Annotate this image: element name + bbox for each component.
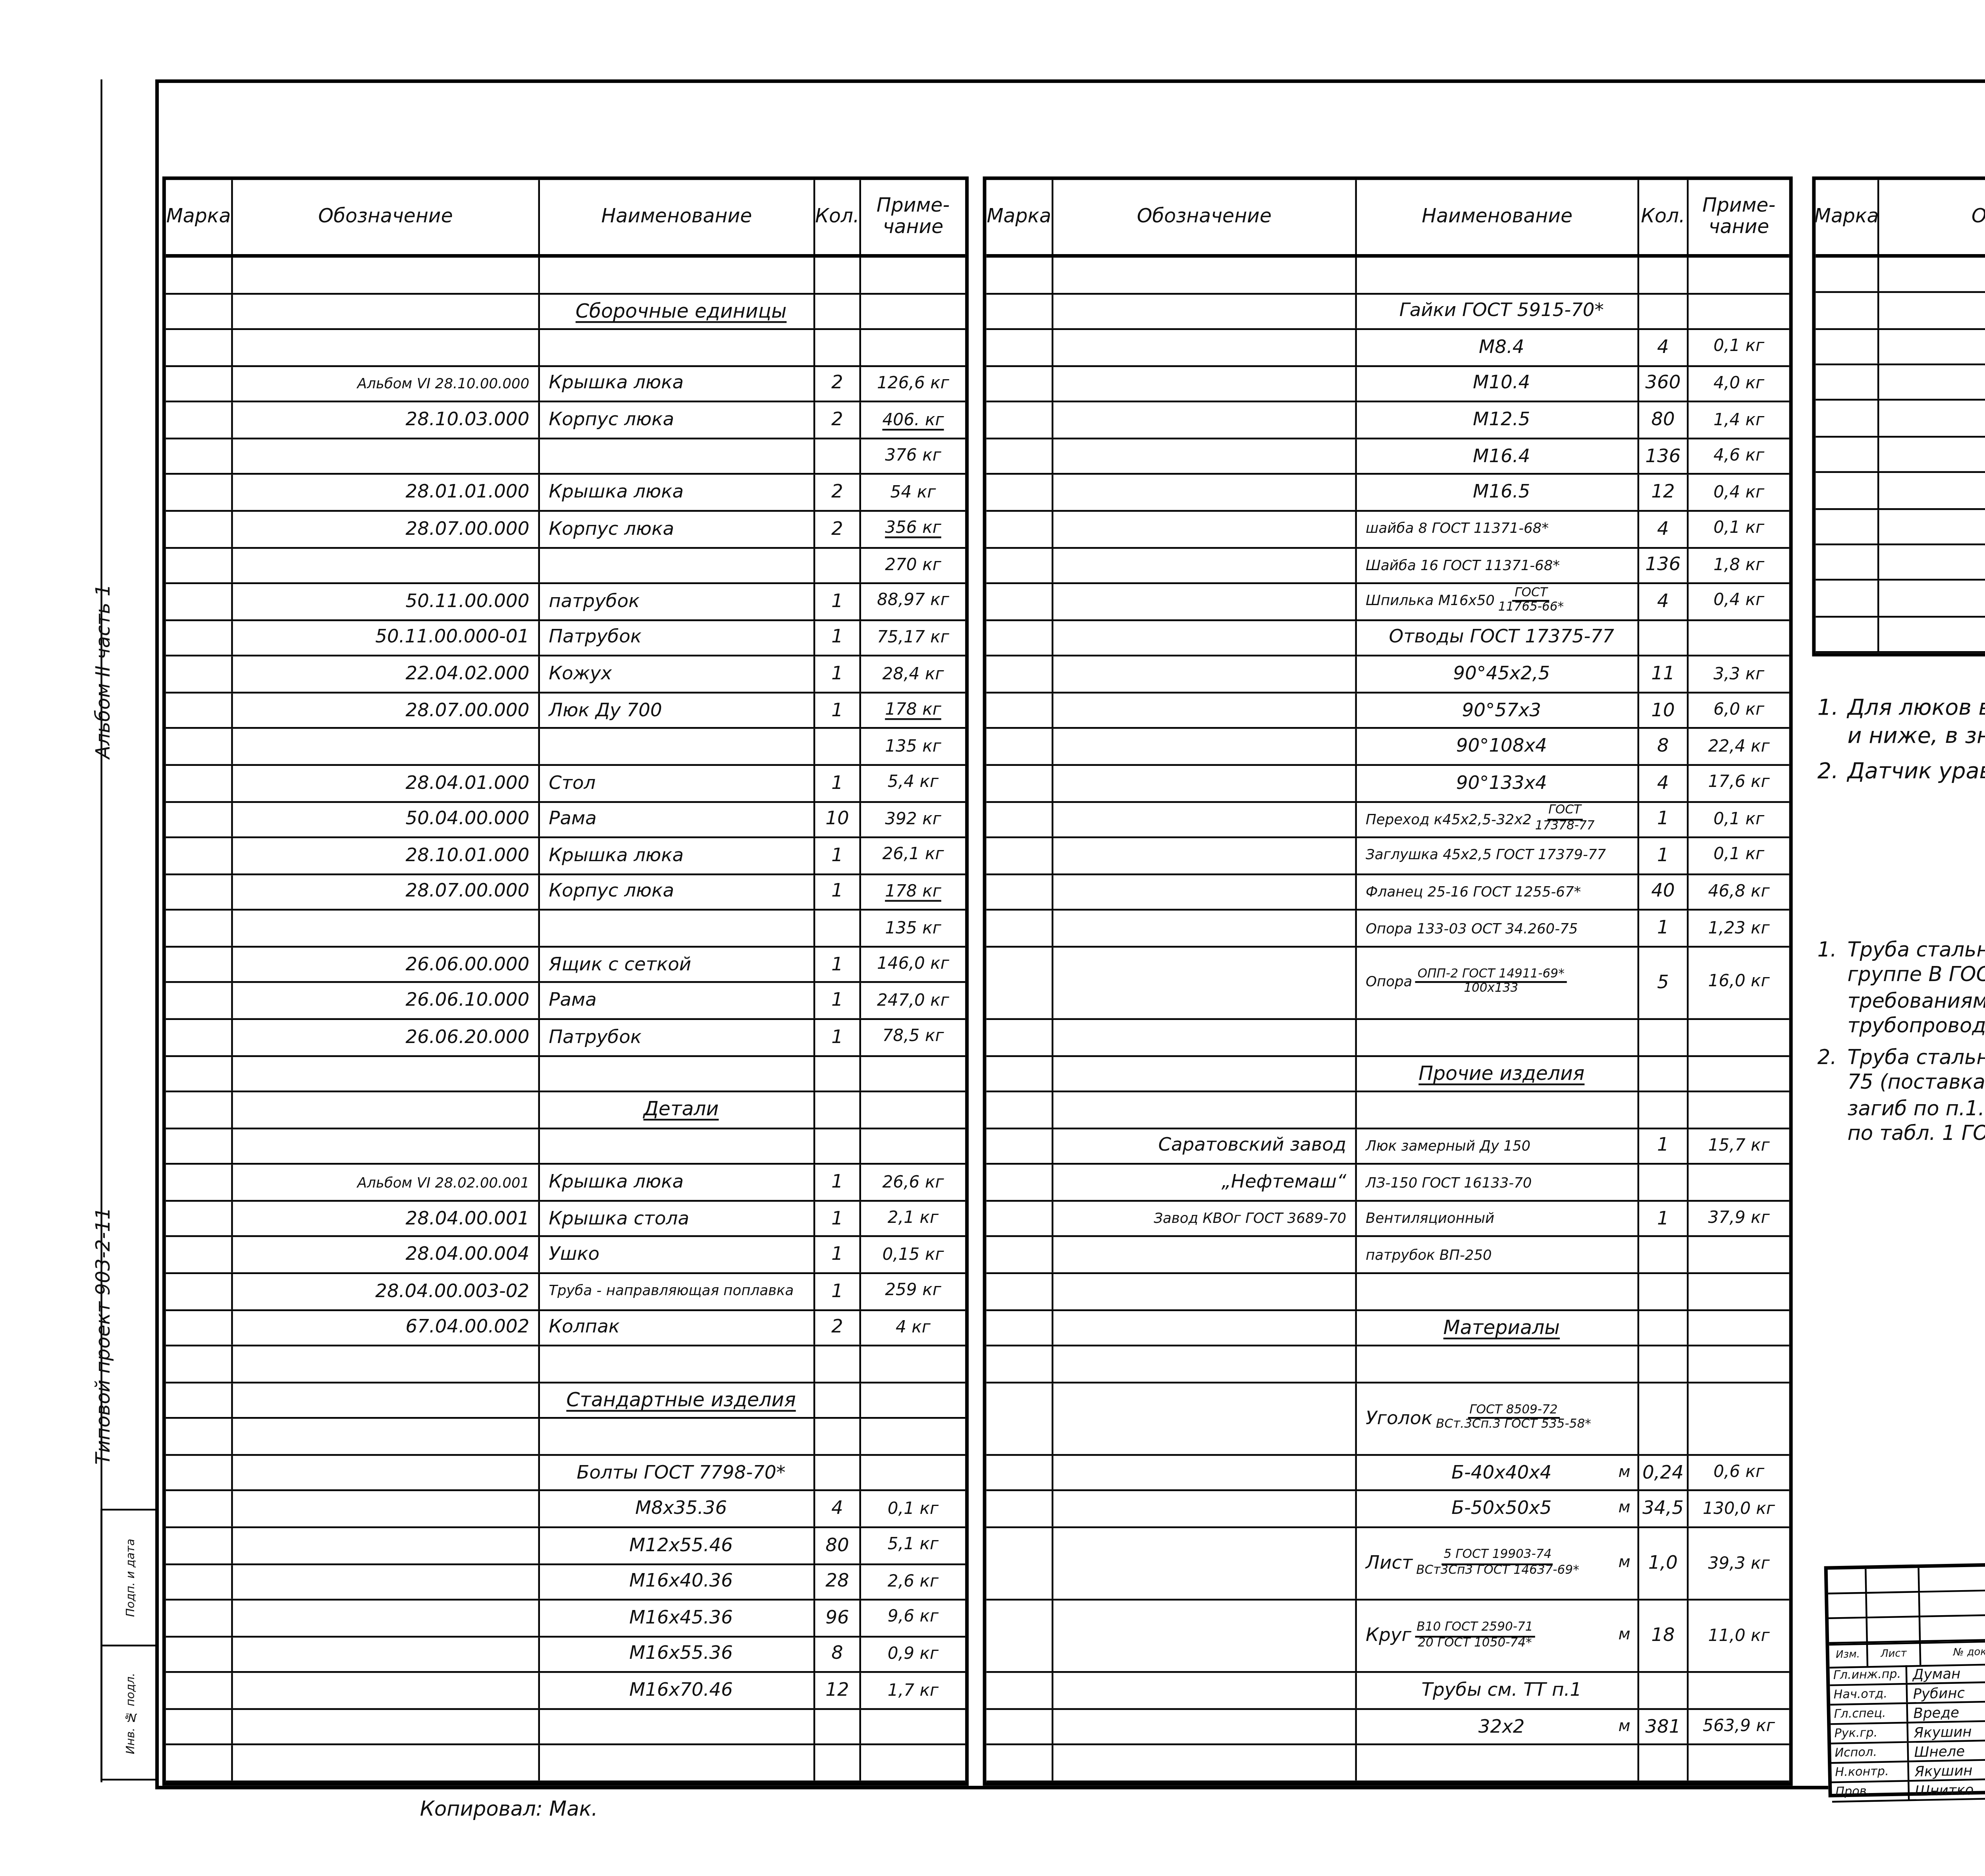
cell-kol: 96 bbox=[815, 1601, 861, 1635]
weight-value: 178 кг bbox=[885, 882, 941, 902]
cell-marka bbox=[166, 294, 233, 328]
cell-primechanie: 270 кг bbox=[861, 548, 965, 582]
cell-marka bbox=[986, 1528, 1053, 1599]
cell-primechanie bbox=[1688, 1238, 1789, 1272]
weight-value: 54 кг bbox=[890, 483, 936, 502]
cell-oboznachenie bbox=[1053, 621, 1357, 655]
cell-marka bbox=[986, 766, 1053, 800]
table-row: М10.43604,0 кг bbox=[986, 366, 1789, 403]
cell-primechanie: 0,1 кг bbox=[1688, 839, 1789, 873]
unit-label: м bbox=[1619, 1627, 1630, 1645]
item-name: 32х2 bbox=[1478, 1716, 1525, 1737]
unit-label: м bbox=[1619, 1464, 1630, 1481]
item-name: Ящик с сеткой bbox=[549, 954, 691, 975]
cell-kol bbox=[815, 1710, 861, 1744]
cell-kol: 1 bbox=[815, 983, 861, 1018]
cell-kol: 1 bbox=[815, 766, 861, 800]
column-header-kol: Кол. bbox=[1639, 180, 1688, 254]
item-name: Крышка люка bbox=[549, 845, 684, 866]
weight-value: 2,6 кг bbox=[888, 1572, 939, 1591]
item-name: Люк Ду 700 bbox=[549, 700, 662, 721]
table-header: МаркаОбозначениеНаименованиеКол.Приме-ча… bbox=[1815, 180, 1985, 258]
cell-naimenovanie: Крышка люка bbox=[540, 475, 815, 510]
cell-naimenovanie bbox=[540, 548, 815, 582]
cell-naimenovanie: Корпус люка bbox=[540, 403, 815, 438]
cell-primechanie bbox=[1688, 1674, 1789, 1708]
table-body: Сборочные единицыАльбом VI 28.10.00.000К… bbox=[166, 258, 965, 1782]
cell-kol: 4 bbox=[815, 1492, 861, 1526]
cell-primechanie bbox=[1688, 1383, 1789, 1454]
person-role: Рук.гр. bbox=[1831, 1724, 1908, 1743]
table-row: 26.06.10.000Рама1247,0 кг bbox=[166, 983, 965, 1020]
cell-marka bbox=[1815, 293, 1879, 328]
revision-cell bbox=[1920, 1591, 1985, 1618]
column-header-oboznachenie: Обозначение bbox=[1879, 180, 1985, 254]
weight-value: 1,4 кг bbox=[1713, 411, 1764, 430]
table-header: МаркаОбозначениеНаименованиеКол.Приме-ча… bbox=[166, 180, 965, 258]
table-body: Гайки ГОСТ 5915-70*М8.440,1 кгМ10.43604,… bbox=[986, 258, 1789, 1782]
item-name: Рама bbox=[549, 809, 597, 830]
cell-kol bbox=[1639, 1347, 1688, 1381]
cell-oboznachenie bbox=[233, 729, 540, 764]
table-row: 28.07.00.000Корпус люка1178 кг bbox=[166, 875, 965, 911]
person-name: Якушин bbox=[1909, 1760, 1985, 1780]
cell-naimenovanie: патрубок bbox=[540, 584, 815, 619]
table-row bbox=[166, 258, 965, 294]
cell-primechanie: 0,1 кг bbox=[1688, 512, 1789, 546]
cell-naimenovanie: Крышка стола bbox=[540, 1201, 815, 1236]
cell-kol: 80 bbox=[815, 1528, 861, 1563]
item-name: Патрубок bbox=[549, 1027, 642, 1048]
table-row: М16х40.36282,6 кг bbox=[166, 1564, 965, 1600]
cell-kol: 136 bbox=[1639, 439, 1688, 474]
cell-marka bbox=[166, 548, 233, 582]
cell-kol: 1 bbox=[815, 1238, 861, 1272]
table-row: Завод КВОг ГОСТ 3689-70Вентиляционный137… bbox=[986, 1201, 1789, 1238]
cell-marka bbox=[986, 1492, 1053, 1526]
cell-marka bbox=[986, 621, 1053, 655]
table-row: ГОСТ 1779-72м bbox=[1815, 473, 1985, 509]
cell-marka bbox=[166, 475, 233, 510]
person-role: Н.контр. bbox=[1831, 1762, 1909, 1782]
subsection-title: Гайки ГОСТ 5915-70* bbox=[1366, 301, 1637, 322]
cell-kol: 1 bbox=[1639, 1129, 1688, 1163]
cell-kol: 5 bbox=[1639, 947, 1688, 1018]
section-title: Стандартные изделия bbox=[549, 1389, 813, 1412]
cell-oboznachenie: 26.06.20.000 bbox=[233, 1020, 540, 1055]
item-name: Крышка люка bbox=[549, 373, 684, 394]
cell-oboznachenie bbox=[1053, 693, 1357, 728]
cell-oboznachenie: 26.06.10.000 bbox=[233, 983, 540, 1018]
cell-kol bbox=[1639, 258, 1688, 292]
cell-oboznachenie: Альбом VI 28.02.00.001 bbox=[233, 1165, 540, 1200]
cell-oboznachenie bbox=[233, 294, 540, 328]
cell-kol: 136 bbox=[1639, 548, 1688, 582]
spec-table-right: МаркаОбозначениеНаименованиеКол.Приме-ча… bbox=[1812, 176, 1985, 656]
weight-value: 6,0 кг bbox=[1713, 701, 1764, 720]
cell-kol bbox=[1639, 621, 1688, 655]
cell-primechanie: 78,5 кг bbox=[861, 1020, 965, 1055]
section-title: Детали bbox=[549, 1098, 813, 1121]
cell-naimenovanie: М16.5 bbox=[1357, 475, 1639, 510]
person-role: Испол. bbox=[1831, 1743, 1909, 1762]
cell-oboznachenie bbox=[1053, 294, 1357, 328]
cell-oboznachenie bbox=[1053, 1093, 1357, 1127]
cell-naimenovanie: Б-40х40х4м bbox=[1357, 1456, 1639, 1490]
table-row: М12х55.46805,1 кг bbox=[166, 1528, 965, 1564]
cell-oboznachenie bbox=[1053, 1528, 1357, 1599]
person-role: Пров. bbox=[1832, 1782, 1910, 1801]
cell-marka bbox=[1815, 617, 1879, 651]
cell-marka bbox=[166, 729, 233, 764]
item-name: Шпилька М16х50 bbox=[1366, 594, 1495, 609]
cell-naimenovanie: Рама bbox=[540, 983, 815, 1018]
cell-oboznachenie bbox=[233, 1710, 540, 1744]
cell-oboznachenie: 28.07.00.000 bbox=[233, 875, 540, 909]
weight-value: 3,3 кг bbox=[1713, 665, 1764, 684]
cell-oboznachenie bbox=[233, 1746, 540, 1780]
item-name: ЛЗ-150 ГОСТ 16133-70 bbox=[1366, 1174, 1532, 1190]
revision-cell bbox=[1828, 1594, 1867, 1619]
cell-marka bbox=[986, 1093, 1053, 1127]
cell-naimenovanie: КругВ10 ГОСТ 2590-7120 ГОСТ 1050-74*м bbox=[1357, 1601, 1639, 1672]
revision-cell bbox=[1866, 1568, 1920, 1594]
cell-kol: 1 bbox=[815, 1201, 861, 1236]
section-title: Материалы bbox=[1366, 1316, 1637, 1339]
table-row: М16х45.36969,6 кг bbox=[166, 1601, 965, 1637]
cell-primechanie: 4,6 кг bbox=[1688, 439, 1789, 474]
cell-marka bbox=[166, 802, 233, 837]
cell-oboznachenie bbox=[1879, 437, 1985, 471]
cell-naimenovanie: ОпораОПП-2 ГОСТ 14911-69*100х133 bbox=[1357, 947, 1639, 1018]
scan-scale-wrapper: 15 МаркаОбозначениеНаименованиеКол.Приме… bbox=[0, 0, 1985, 1876]
weight-value: 9,6 кг bbox=[888, 1608, 939, 1628]
cell-primechanie: 2,1 кг bbox=[861, 1201, 965, 1236]
table-row: 90°57х3106,0 кг bbox=[986, 693, 1789, 729]
cell-oboznachenie bbox=[1053, 330, 1357, 365]
cell-naimenovanie: М16.4 bbox=[1357, 439, 1639, 474]
cell-naimenovanie bbox=[540, 439, 815, 474]
table-row bbox=[166, 1129, 965, 1165]
cell-kol: 4 bbox=[1639, 512, 1688, 546]
cell-primechanie: 392 кг bbox=[861, 802, 965, 837]
cell-naimenovanie: Шайба 16 ГОСТ 11371-68* bbox=[1357, 548, 1639, 582]
table-row bbox=[986, 1093, 1789, 1129]
cell-marka bbox=[986, 548, 1053, 582]
table-row: 26.06.00.000Ящик с сеткой1146,0 кг bbox=[166, 947, 965, 983]
cell-kol bbox=[1639, 1274, 1688, 1309]
cell-primechanie: 26,1 кг bbox=[861, 839, 965, 873]
cell-marka bbox=[986, 1274, 1053, 1309]
weight-value: 0,4 кг bbox=[1713, 592, 1764, 611]
cell-naimenovanie: 90°133х4 bbox=[1357, 766, 1639, 800]
cell-oboznachenie bbox=[233, 1564, 540, 1599]
cell-kol: 1 bbox=[815, 875, 861, 909]
cell-kol: 10 bbox=[815, 802, 861, 837]
cell-marka bbox=[166, 1165, 233, 1200]
table-row: Сборочные единицы bbox=[166, 294, 965, 330]
cell-marka bbox=[986, 512, 1053, 546]
cell-marka bbox=[986, 294, 1053, 328]
cell-marka bbox=[1815, 437, 1879, 471]
weight-value: 26,1 кг bbox=[882, 846, 944, 866]
cell-oboznachenie: 67.04.00.002 bbox=[233, 1310, 540, 1345]
cell-kol: 11 bbox=[1639, 657, 1688, 692]
cell-naimenovanie bbox=[1357, 1093, 1639, 1127]
weight-value: 0,9 кг bbox=[888, 1645, 939, 1664]
cell-oboznachenie bbox=[1879, 581, 1985, 615]
cell-primechanie: 37,9 кг bbox=[1688, 1201, 1789, 1236]
person-role: Нач.отд. bbox=[1830, 1685, 1908, 1704]
weight-value: 406. кг bbox=[882, 411, 944, 430]
cell-kol: 1 bbox=[1639, 802, 1688, 837]
weight-value: 356 кг bbox=[885, 519, 941, 539]
cell-marka bbox=[166, 1746, 233, 1780]
cell-marka bbox=[166, 439, 233, 474]
item-name: Корпус люка bbox=[549, 881, 674, 902]
subsection-title: Трубы см. ТТ п.1 bbox=[1366, 1680, 1637, 1701]
table-row: шайба 8 ГОСТ 11371-68*40,1 кг bbox=[986, 512, 1789, 548]
cell-oboznachenie: Саратовский завод bbox=[1053, 1129, 1357, 1163]
item-name: Лист bbox=[1366, 1553, 1413, 1574]
weight-value: 126,6 кг bbox=[877, 374, 949, 393]
item-name: патрубок ВП-250 bbox=[1366, 1247, 1492, 1263]
cell-marka bbox=[986, 1601, 1053, 1672]
cell-naimenovanie: М16х40.36 bbox=[540, 1564, 815, 1599]
cell-marka bbox=[166, 621, 233, 655]
cell-oboznachenie bbox=[1053, 1601, 1357, 1672]
gost-fraction: 5 ГОСТ 19903-74ВСт3Сп3 ГОСТ 14637-69* bbox=[1416, 1549, 1579, 1578]
cell-marka bbox=[166, 512, 233, 546]
table-row bbox=[166, 1710, 965, 1746]
item-name: Опора 133-03 ОСТ 34.260-75 bbox=[1366, 920, 1578, 936]
item-name: М16х70.46 bbox=[629, 1680, 733, 1701]
cell-kol bbox=[815, 1129, 861, 1163]
cell-marka bbox=[986, 729, 1053, 764]
item-number: 1. bbox=[1817, 694, 1848, 750]
title-block-signatures: Изм.Лист№ докум.Подп.Дата Гл.инж.пр.Дума… bbox=[1828, 1564, 1985, 1794]
item-name: М8.4 bbox=[1479, 337, 1524, 358]
cell-naimenovanie: М16х70.46 bbox=[540, 1674, 815, 1708]
side-album-label: Альбом II часть 1 bbox=[92, 318, 123, 759]
cell-naimenovanie: Патрубок bbox=[540, 621, 815, 655]
weight-value: 0,4 кг bbox=[1713, 483, 1764, 502]
weight-value: 11,0 кг bbox=[1708, 1627, 1769, 1646]
table-row bbox=[166, 1347, 965, 1383]
weight-value: 22,4 кг bbox=[1708, 737, 1769, 756]
table-row: 133х3,5м24268,3 кг bbox=[1815, 330, 1985, 365]
cell-marka bbox=[986, 1165, 1053, 1200]
cell-primechanie: 0,4 кг bbox=[1688, 475, 1789, 510]
cell-kol bbox=[1639, 1093, 1688, 1127]
table-row: электроды Э-46 bbox=[1815, 581, 1985, 617]
weight-value: 26,6 кг bbox=[882, 1173, 944, 1192]
column-header-prim: Приме-чание bbox=[861, 180, 965, 254]
cell-naimenovanie: Люк Ду 700 bbox=[540, 693, 815, 728]
cell-naimenovanie: Ящик с сеткой bbox=[540, 947, 815, 982]
cell-marka bbox=[1815, 545, 1879, 579]
gost-fraction: ОПП-2 ГОСТ 14911-69*100х133 bbox=[1416, 968, 1566, 997]
item-name: Переход к45х2,5-32х2 bbox=[1366, 812, 1532, 827]
cell-primechanie: 178 кг bbox=[861, 693, 965, 728]
cell-naimenovanie: Корпус люка bbox=[540, 512, 815, 546]
cell-oboznachenie bbox=[233, 1056, 540, 1091]
cell-oboznachenie bbox=[1053, 1274, 1357, 1309]
unit-label: м bbox=[1619, 1555, 1630, 1572]
cell-naimenovanie: Опора 133-03 ОСТ 34.260-75 bbox=[1357, 911, 1639, 946]
cell-primechanie: 0,6 кг bbox=[1688, 1456, 1789, 1490]
table-row: 90°133х4417,6 кг bbox=[986, 766, 1789, 802]
cell-oboznachenie bbox=[1053, 1492, 1357, 1526]
cell-marka bbox=[1815, 509, 1879, 543]
cell-primechanie bbox=[1688, 1165, 1789, 1200]
weight-value: 0,1 кг bbox=[1713, 810, 1764, 829]
weight-value: 0,1 кг bbox=[1713, 846, 1764, 866]
cell-naimenovanie: М16х45.36 bbox=[540, 1601, 815, 1635]
weight-value: 75,17 кг bbox=[877, 628, 949, 648]
cell-marka bbox=[986, 1746, 1053, 1780]
cell-primechanie bbox=[861, 1383, 965, 1417]
cell-kol bbox=[1639, 1020, 1688, 1055]
cell-marka bbox=[166, 1238, 233, 1272]
weight-value: 135 кг bbox=[885, 919, 941, 938]
item-name: Крышка люка bbox=[549, 482, 684, 503]
table-row: Альбом VI 28.10.00.000Крышка люка2126,6 … bbox=[166, 366, 965, 403]
cell-marka bbox=[166, 1601, 233, 1635]
notes-list: 1.Для люков в числителе указан вес при р… bbox=[1817, 694, 1985, 792]
item-name: Б-50х50х5 bbox=[1451, 1498, 1552, 1519]
cell-primechanie: 9,6 кг bbox=[861, 1601, 965, 1635]
cell-naimenovanie: Стол bbox=[540, 766, 815, 800]
cell-naimenovanie bbox=[1357, 1746, 1639, 1780]
cell-marka bbox=[166, 1419, 233, 1454]
cell-oboznachenie: 28.04.00.001 bbox=[233, 1201, 540, 1236]
table-row: Гайки ГОСТ 5915-70* bbox=[986, 294, 1789, 330]
cell-oboznachenie bbox=[1879, 293, 1985, 328]
cell-naimenovanie: М8х35.36 bbox=[540, 1492, 815, 1526]
table-row: М16.41364,6 кг bbox=[986, 439, 1789, 475]
cell-naimenovanie: Фланец 25-16 ГОСТ 1255-67* bbox=[1357, 875, 1639, 909]
cell-primechanie: 26,6 кг bbox=[861, 1165, 965, 1200]
cell-primechanie: 15,7 кг bbox=[1688, 1129, 1789, 1163]
table-row: 67.04.00.002Колпак24 кг bbox=[166, 1310, 965, 1346]
cell-primechanie: 135 кг bbox=[861, 729, 965, 764]
weight-value: 4,0 кг bbox=[1713, 374, 1764, 393]
cell-kol: 40 bbox=[1639, 875, 1688, 909]
cell-marka bbox=[166, 1456, 233, 1490]
cell-kol: 12 bbox=[1639, 475, 1688, 510]
cell-marka bbox=[166, 839, 233, 873]
cell-primechanie: 376 кг bbox=[861, 439, 965, 474]
weight-value: 4 кг bbox=[896, 1318, 931, 1337]
cell-kol bbox=[815, 439, 861, 474]
cell-naimenovanie bbox=[540, 729, 815, 764]
cell-naimenovanie: УголокГОСТ 8509-72ВСт.3Сп.3 ГОСТ 535-58* bbox=[1357, 1383, 1639, 1454]
cell-marka bbox=[986, 258, 1053, 292]
unit-label: м bbox=[1619, 1500, 1630, 1518]
cell-naimenovanie bbox=[540, 1056, 815, 1091]
item-number: 2. bbox=[1817, 757, 1848, 785]
cell-oboznachenie bbox=[1053, 403, 1357, 438]
item-name: 90°133х4 bbox=[1456, 773, 1547, 794]
cell-naimenovanie: М10.4 bbox=[1357, 366, 1639, 401]
cell-naimenovanie bbox=[540, 1419, 815, 1454]
cell-marka bbox=[986, 1129, 1053, 1163]
person-name: Рубинс bbox=[1908, 1683, 1985, 1702]
cell-marka bbox=[166, 330, 233, 365]
cell-kol bbox=[1639, 1165, 1688, 1200]
cell-oboznachenie bbox=[1053, 366, 1357, 401]
table-row: Труба 45х2,5 см.ТТ п.2м3283,8 кг bbox=[1815, 401, 1985, 437]
table-row: Саратовский заводЛюк замерный Ду 150115,… bbox=[986, 1129, 1789, 1165]
table-row: 273х6м0,831,6 кг bbox=[1815, 365, 1985, 401]
cell-naimenovanie: 32х2м bbox=[1357, 1710, 1639, 1744]
person-name: Шнитко bbox=[1910, 1780, 1985, 1799]
cell-marka bbox=[986, 366, 1053, 401]
cell-oboznachenie bbox=[233, 1637, 540, 1672]
table-row: УголокГОСТ 8509-72ВСт.3Сп.3 ГОСТ 535-58* bbox=[986, 1383, 1789, 1456]
cell-kol bbox=[815, 1419, 861, 1454]
revision-cell bbox=[1919, 1566, 1985, 1593]
cell-marka bbox=[986, 1056, 1053, 1091]
cell-oboznachenie bbox=[1053, 1347, 1357, 1381]
cell-oboznachenie bbox=[233, 258, 540, 292]
cell-oboznachenie bbox=[1879, 330, 1985, 364]
cell-primechanie bbox=[861, 1456, 965, 1490]
table-row: 50.04.00.000Рама10392 кг bbox=[166, 802, 965, 838]
cell-oboznachenie bbox=[1879, 365, 1985, 399]
cell-kol bbox=[815, 911, 861, 946]
cell-primechanie: 5,1 кг bbox=[861, 1528, 965, 1563]
cell-marka bbox=[1815, 581, 1879, 615]
cell-kol bbox=[1639, 1383, 1688, 1454]
table-row: Шпилька М16х50ГОСТ11765-66*40,4 кг bbox=[986, 584, 1789, 621]
cell-marka bbox=[1815, 401, 1879, 436]
cell-oboznachenie: 28.04.01.000 bbox=[233, 766, 540, 800]
table-row: 90°108х4822,4 кг bbox=[986, 729, 1789, 765]
section-title: Сборочные единицы bbox=[549, 300, 813, 323]
cell-marka bbox=[986, 657, 1053, 692]
cell-kol: 8 bbox=[815, 1637, 861, 1672]
cell-primechanie bbox=[861, 1746, 965, 1780]
side-project-label: Типовой проект 903-2-11 bbox=[92, 759, 123, 1465]
weight-value: 5,4 кг bbox=[888, 773, 939, 793]
revision-cell bbox=[1867, 1593, 1921, 1618]
table-row: 57х3м2496,0 кг bbox=[1815, 258, 1985, 293]
cell-naimenovanie: Крышка люка bbox=[540, 1165, 815, 1200]
item-name: Колпак bbox=[549, 1317, 620, 1338]
item-name: М10.4 bbox=[1473, 373, 1530, 394]
item-name: М12х55.46 bbox=[629, 1535, 733, 1556]
cell-kol: 1 bbox=[1639, 839, 1688, 873]
drawing-sheet: 15 МаркаОбозначениеНаименованиеКол.Приме… bbox=[0, 0, 1985, 1876]
person-name: Якушин bbox=[1908, 1722, 1985, 1741]
weight-value: 5,1 кг bbox=[888, 1536, 939, 1555]
cell-naimenovanie bbox=[1357, 258, 1639, 292]
cell-marka bbox=[166, 1383, 233, 1417]
cell-primechanie: 16,0 кг bbox=[1688, 947, 1789, 1018]
cell-naimenovanie: Болты ГОСТ 7798-70* bbox=[540, 1456, 815, 1490]
cell-kol: 8 bbox=[1639, 729, 1688, 764]
cell-oboznachenie: Альбом VI 28.10.00.000 bbox=[233, 366, 540, 401]
cell-primechanie: 0,15 кг bbox=[861, 1238, 965, 1272]
table-row bbox=[986, 258, 1789, 294]
cell-kol: 4 bbox=[1639, 330, 1688, 365]
table-row: Трубы см. ТТ п.1 bbox=[986, 1674, 1789, 1710]
table-row: Фланец 25-16 ГОСТ 1255-67*4046,8 кг bbox=[986, 875, 1789, 911]
person-name: Шнеле bbox=[1909, 1741, 1985, 1760]
cell-marka bbox=[986, 1347, 1053, 1381]
